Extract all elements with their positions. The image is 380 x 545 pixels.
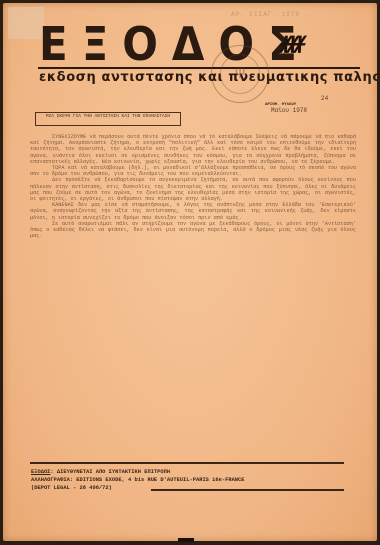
colophon-brand: ΕΞΟΔΟΣ xyxy=(31,469,50,475)
issue-number: 24 xyxy=(321,95,328,102)
colophon-address: ΑΛΛΗΛΟΓΡΑΦΙΑ: EDITIONS EXODE, 4 bis RUE … xyxy=(31,476,245,484)
footer-rule-short xyxy=(151,489,344,491)
article-headline-box: ΜΙΑ ΣΚΕΨΗ ΓΙΑ ΤΗΝ ΑΝΤΙΣΤΑΣΗ ΚΑΙ ΤΗΝ ΕΠΑΝ… xyxy=(35,112,181,126)
colophon-line-1: ΕΞΟΔΟΣ: ΔΙΕΥΘΥΝΕΤΑΙ ΑΠΟ ΣΥΝΤΑΚΤΙΚΗ ΕΠΙΤΡ… xyxy=(31,468,245,476)
article-body: ΣΥΝΕΧΙΖΟΥΜΕ νά περάσουν αυτά πέντε χρόνι… xyxy=(30,134,356,239)
library-stamp-icon: Ψ xyxy=(211,45,269,103)
stamp-center: Ψ xyxy=(220,54,260,94)
document-page: ΑΡ. ΕΙΣΑΓ. 1978 ΕΞΟΔΟΣ ᚕᚕᚕ εκδοση αντιστ… xyxy=(3,3,377,541)
masthead-rule xyxy=(38,67,360,69)
body-paragraph: Σε αυτό αναρωτιέμαι πάλι αν στηρίζουμε τ… xyxy=(30,221,356,240)
body-paragraph: ΣΥΝΕΧΙΖΟΥΜΕ νά περάσουν αυτά πέντε χρόνι… xyxy=(30,134,356,165)
body-paragraph: Δεν προσέξτε νά ξεκαθαρίσουμε τα συγκεκρ… xyxy=(30,177,356,202)
masthead-subtitle: εκδοση αντιστασης και πνευματικης παλης xyxy=(39,70,380,85)
body-paragraph: ΤΩΡΑ καί νά καταλάβουμε (δηλ.), οι μοναδ… xyxy=(30,165,356,177)
binding-mark xyxy=(178,538,194,542)
body-paragraph: ΚΑΝΕΝΑΣ δεν μας είπε νά σταματήσουμε, ο … xyxy=(30,202,356,221)
footer-rule xyxy=(30,462,344,464)
issue-date: Μαϊου 1978 xyxy=(271,107,307,114)
masthead-title: ΕΞΟΔΟΣ xyxy=(39,17,311,71)
colophon-editorial: : ΔΙΕΥΘΥΝΕΤΑΙ ΑΠΟ ΣΥΝΤΑΚΤΙΚΗ ΕΠΙΤΡΟΠΗ xyxy=(50,469,170,475)
